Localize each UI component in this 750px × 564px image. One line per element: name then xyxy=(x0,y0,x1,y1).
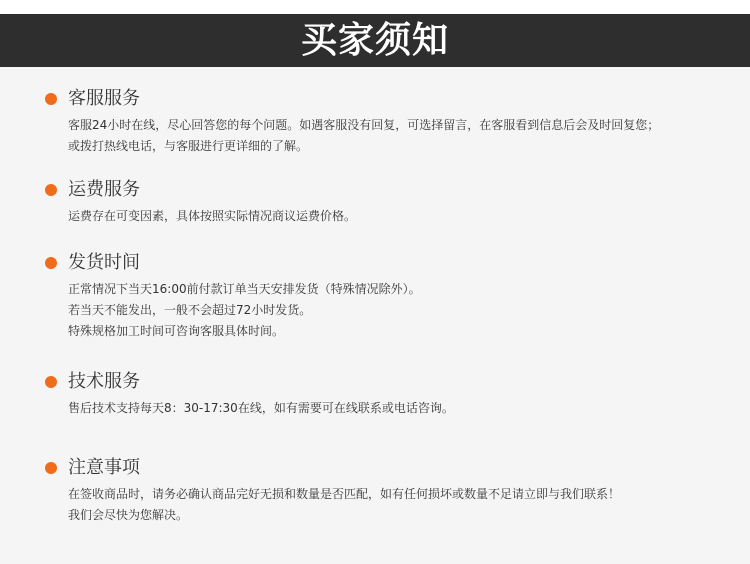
body-line: 运费存在可变因素，具体按照实际情况商议运费价格。 xyxy=(68,206,356,227)
section-body: 售后技术支持每天8：30-17:30在线，如有需要可在线联系或电话咨询。 xyxy=(68,398,454,419)
section-heading: 客服服务 xyxy=(45,87,140,111)
section-body: 运费存在可变因素，具体按照实际情况商议运费价格。 xyxy=(68,206,356,227)
section-title: 发货时间 xyxy=(68,251,140,275)
body-line: 或拨打热线电话，与客服进行更详细的了解。 xyxy=(68,136,659,157)
section-heading: 运费服务 xyxy=(45,178,140,202)
body-line: 在签收商品时，请务必确认商品完好无损和数量是否匹配，如有任何损坏或数量不足请立即… xyxy=(68,484,620,505)
section-heading: 发货时间 xyxy=(45,251,140,275)
orange-dot-icon xyxy=(45,184,57,196)
body-line: 客服24小时在线，尽心回答您的每个问题。如遇客服没有回复，可选择留言，在客服看到… xyxy=(68,115,659,136)
section-title: 技术服务 xyxy=(68,370,140,394)
body-line: 我们会尽快为您解决。 xyxy=(68,505,620,526)
header-bar: 买家须知 xyxy=(0,14,750,67)
section-heading: 技术服务 xyxy=(45,370,140,394)
top-margin xyxy=(0,0,750,14)
body-line: 若当天不能发出，一般不会超过72小时发货。 xyxy=(68,300,421,321)
section-body: 客服24小时在线，尽心回答您的每个问题。如遇客服没有回复，可选择留言，在客服看到… xyxy=(68,115,659,157)
section-title: 运费服务 xyxy=(68,178,140,202)
section-body: 在签收商品时，请务必确认商品完好无损和数量是否匹配，如有任何损坏或数量不足请立即… xyxy=(68,484,620,526)
section-title: 注意事项 xyxy=(68,456,140,480)
section-heading: 注意事项 xyxy=(45,456,140,480)
section-body: 正常情况下当天16:00前付款订单当天安排发货（特殊情况除外）。 若当天不能发出… xyxy=(68,279,421,342)
body-line: 特殊规格加工时间可咨询客服具体时间。 xyxy=(68,321,421,342)
orange-dot-icon xyxy=(45,93,57,105)
orange-dot-icon xyxy=(45,257,57,269)
body-line: 售后技术支持每天8：30-17:30在线，如有需要可在线联系或电话咨询。 xyxy=(68,398,454,419)
body-line: 正常情况下当天16:00前付款订单当天安排发货（特殊情况除外）。 xyxy=(68,279,421,300)
orange-dot-icon xyxy=(45,462,57,474)
orange-dot-icon xyxy=(45,376,57,388)
page-title: 买家须知 xyxy=(301,23,449,59)
section-title: 客服服务 xyxy=(68,87,140,111)
